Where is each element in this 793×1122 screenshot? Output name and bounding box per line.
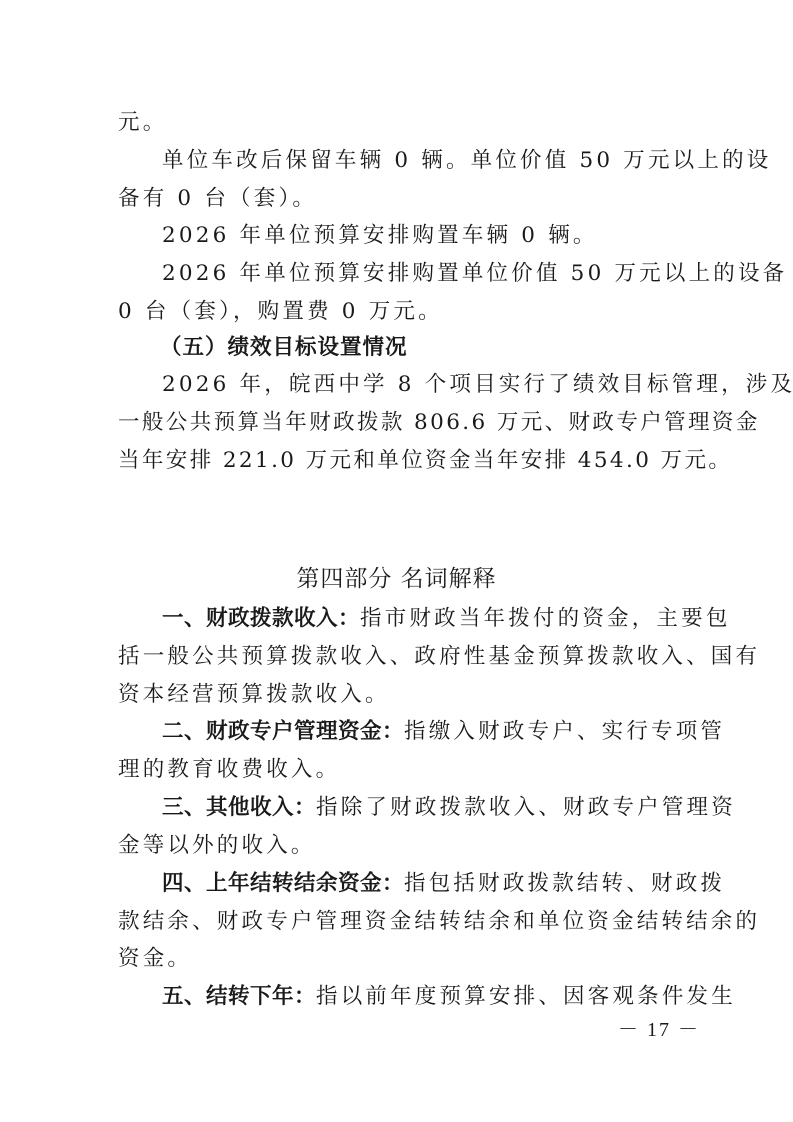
paragraph-line: 2026 年单位预算安排购置单位价值 50 万元以上的设备 [162, 259, 674, 289]
term-definition-line: 四、上年结转结余资金：指包括财政拨款结转、财政拨 [162, 869, 674, 899]
paragraph-line: 0 台（套），购置费 0 万元。 [118, 297, 674, 327]
term-label: 四、上年结转结余资金： [162, 871, 404, 896]
paragraph-line: 资本经营预算拨款收入。 [118, 680, 674, 710]
paragraph-line: 单位车改后保留车辆 0 辆。单位价值 50 万元以上的设 [162, 146, 674, 176]
term-label: 三、其他收入： [162, 795, 316, 820]
term-definition-line: 一、财政拨款收入：指市财政当年拨付的资金，主要包 [162, 604, 674, 634]
term-label: 五、结转下年： [162, 984, 316, 1009]
term-definition-line: 二、财政专户管理资金：指缴入财政专户、实行专项管 [162, 717, 674, 747]
term-text: 指除了财政拨款收入、财政专户管理资 [316, 795, 736, 820]
term-label: 二、财政专户管理资金： [162, 719, 404, 744]
term-text: 指以前年度预算安排、因客观条件发生 [316, 984, 736, 1009]
paragraph-line: 2026 年，皖西中学 8 个项目实行了绩效目标管理，涉及 [162, 370, 674, 400]
term-text: 指包括财政拨款结转、财政拨 [404, 871, 725, 896]
paragraph-line: 理的教育收费收入。 [118, 755, 674, 785]
paragraph-line: 2026 年单位预算安排购置车辆 0 辆。 [162, 221, 674, 251]
page-number: － 17 － [618, 1017, 700, 1043]
term-text: 指市财政当年拨付的资金，主要包 [360, 606, 731, 631]
term-label: 一、财政拨款收入： [162, 606, 360, 631]
document-page: 元。 单位车改后保留车辆 0 辆。单位价值 50 万元以上的设 备有 0 台（套… [0, 0, 793, 1122]
paragraph-line: 资金。 [118, 944, 674, 974]
term-text: 指缴入财政专户、实行专项管 [404, 719, 725, 744]
section-heading: （五）绩效目标设置情况 [160, 333, 716, 363]
paragraph-line: 当年安排 221.0 万元和单位资金当年安排 454.0 万元。 [118, 446, 674, 476]
paragraph-line: 备有 0 台（套）。 [118, 184, 674, 214]
paragraph-line: 一般公共预算当年财政拨款 806.6 万元、财政专户管理资金 [118, 408, 674, 438]
paragraph-line: 金等以外的收入。 [118, 831, 674, 861]
paragraph-line: 款结余、财政专户管理资金结转结余和单位资金结转结余的 [118, 907, 674, 937]
term-definition-line: 三、其他收入：指除了财政拨款收入、财政专户管理资 [162, 793, 674, 823]
part-title: 第四部分 名词解释 [0, 563, 793, 595]
term-definition-line: 五、结转下年：指以前年度预算安排、因客观条件发生 [162, 982, 674, 1012]
paragraph-line: 元。 [118, 108, 674, 138]
paragraph-line: 括一般公共预算拨款收入、政府性基金预算拨款收入、国有 [118, 642, 674, 672]
